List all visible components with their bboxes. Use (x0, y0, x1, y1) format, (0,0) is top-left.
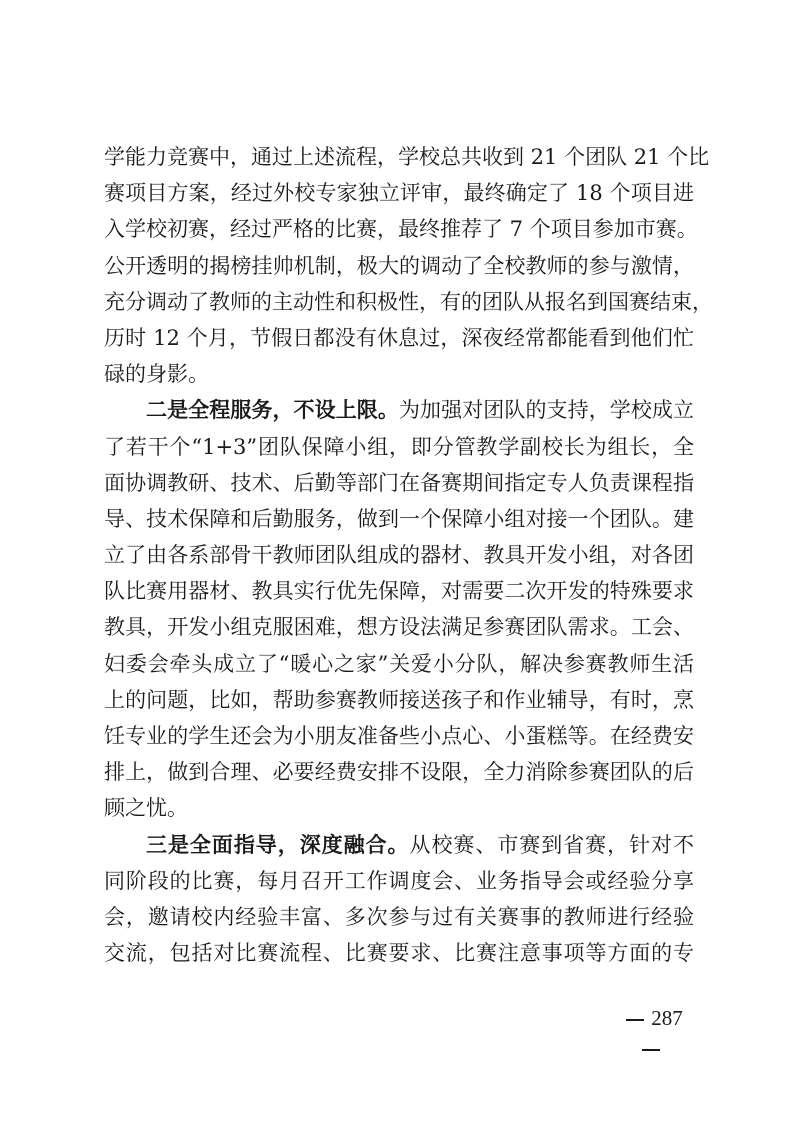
paragraph-1: 学能力竞赛中，通过上述流程，学校总共收到 21 个团队 21 个比 赛项目方案，… (104, 139, 694, 392)
text-line: 入学校初赛，经过严格的比赛，最终推荐了 7 个项目参加市赛。 (104, 211, 694, 247)
text-line: 二是全程服务，不设上限。为加强对团队的支持，学校成立 (104, 392, 694, 428)
text-line: 会，邀请校内经验丰富、多次参与过有关赛事的教师进行经验 (104, 899, 694, 935)
text-line: 了若干个“1+3”团队保障小组，即分管教学副校长为组长，全 (104, 429, 694, 465)
text-line: 同阶段的比赛，每月召开工作调度会、业务指导会或经验分享 (104, 863, 694, 899)
text-line: 公开透明的揭榜挂帅机制，极大的调动了全校教师的参与激情， (104, 248, 694, 284)
paragraph-2: 二是全程服务，不设上限。为加强对团队的支持，学校成立 了若干个“1+3”团队保障… (104, 392, 694, 826)
section-heading: 二是全程服务，不设上限。 (146, 397, 399, 422)
text-line: 排上，做到合理、必要经费安排不设限，全力消除参赛团队的后 (104, 754, 694, 790)
page-footer: 287 (606, 1003, 696, 1033)
text-line: 赛项目方案，经过外校专家独立评审，最终确定了 18 个项目进 (104, 175, 694, 211)
text-line: 饪专业的学生还会为小朋友准备些小点心、小蛋糕等。在经费安 (104, 718, 694, 754)
text-line: 面协调教研、技术、后勤等部门在备赛期间指定专人负责课程指 (104, 465, 694, 501)
text-line: 教具，开发小组克服困难，想方设法满足参赛团队需求。工会、 (104, 609, 694, 645)
document-page: 学能力竞赛中，通过上述流程，学校总共收到 21 个团队 21 个比 赛项目方案，… (0, 0, 794, 1123)
text-line: 妇委会牵头成立了“暖心之家”关爱小分队，解决参赛教师生活 (104, 646, 694, 682)
text-run: 为加强对团队的支持，学校成立 (399, 398, 694, 422)
text-run: 从校赛、市赛到省赛，针对不 (410, 833, 695, 857)
dash-right-decoration (642, 1049, 660, 1051)
text-line: 历时 12 个月，节假日都没有休息过，深夜经常都能看到他们忙 (104, 320, 694, 356)
text-line: 上的问题，比如，帮助参赛教师接送孩子和作业辅导，有时，烹 (104, 682, 694, 718)
text-line: 三是全面指导，深度融合。从校赛、市赛到省赛，针对不 (104, 827, 694, 863)
page-number: 287 (651, 1006, 683, 1030)
text-line: 立了由各系部骨干教师团队组成的器材、教具开发小组，对各团 (104, 537, 694, 573)
body-text: 学能力竞赛中，通过上述流程，学校总共收到 21 个团队 21 个比 赛项目方案，… (104, 139, 694, 971)
section-heading: 三是全面指导，深度融合。 (146, 832, 410, 857)
dash-left-decoration (626, 1019, 644, 1021)
text-line: 导、技术保障和后勤服务，做到一个保障小组对接一个团队。建 (104, 501, 694, 537)
text-line: 顾之忧。 (104, 790, 694, 826)
paragraph-3: 三是全面指导，深度融合。从校赛、市赛到省赛，针对不 同阶段的比赛，每月召开工作调… (104, 827, 694, 972)
text-line: 碌的身影。 (104, 356, 694, 392)
text-line: 队比赛用器材、教具实行优先保障，对需要二次开发的特殊要求 (104, 573, 694, 609)
text-line: 学能力竞赛中，通过上述流程，学校总共收到 21 个团队 21 个比 (104, 139, 694, 175)
text-line: 充分调动了教师的主动性和积极性，有的团队从报名到国赛结束， (104, 284, 694, 320)
text-line: 交流，包括对比赛流程、比赛要求、比赛注意事项等方面的专 (104, 935, 694, 971)
